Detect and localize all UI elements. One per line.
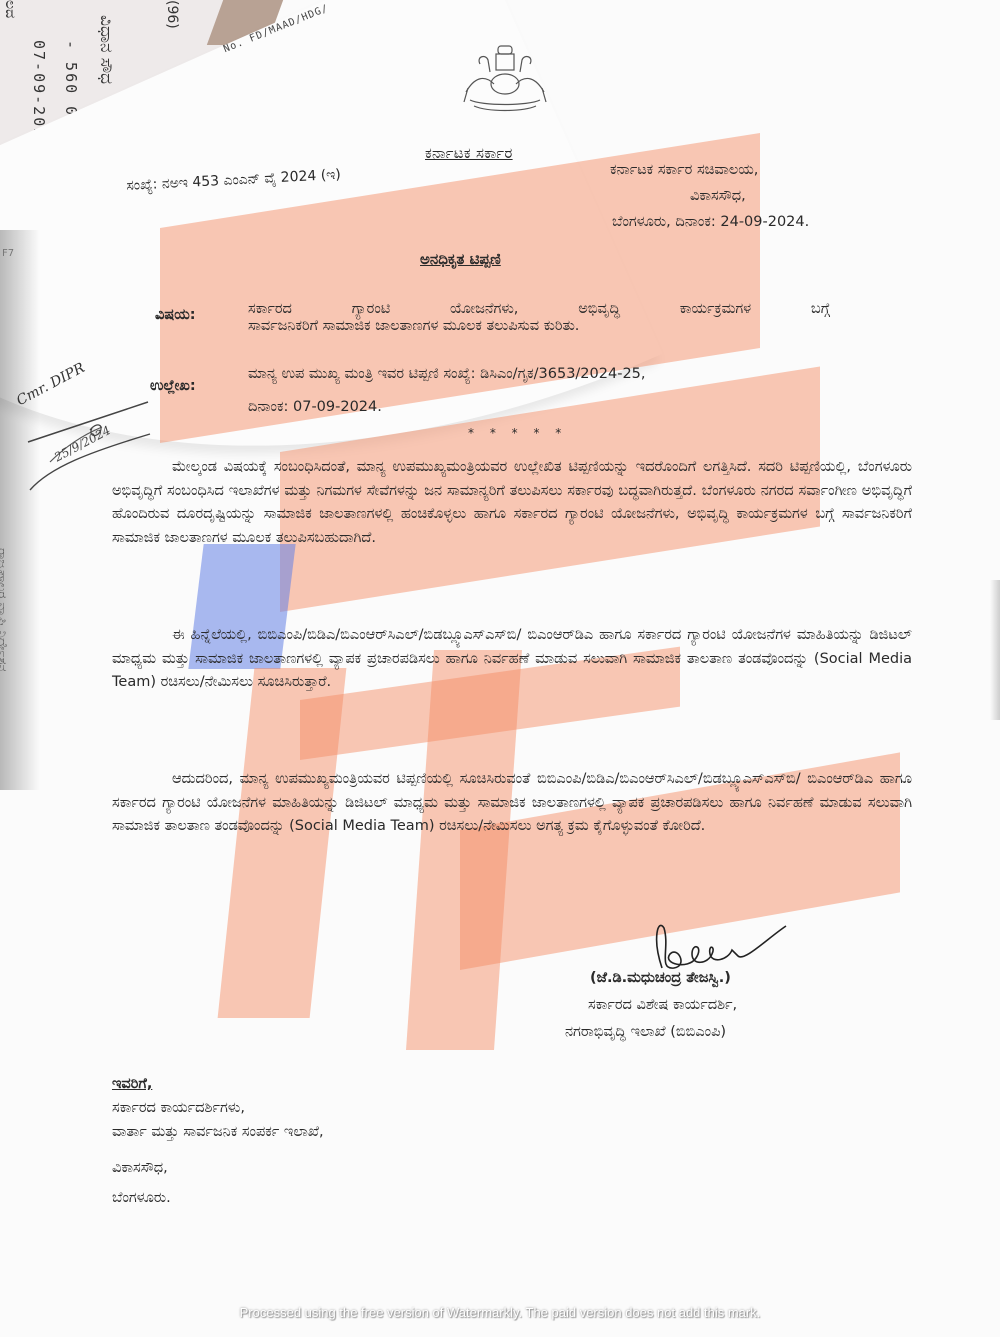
stamp-fragment: (96) [164, 0, 180, 29]
reference-label: ಉಲ್ಲೇಖ: [150, 378, 196, 394]
paragraph-text: ಈ ಹಿನ್ನೆಲೆಯಲ್ಲಿ, ಬಿಬಿಎಂಪಿ/ಬಿಡಿಎ/ಬಿಎಂಆರ್‌… [112, 627, 912, 690]
edge-shadow [990, 580, 1000, 720]
subject-line: ಸಾರ್ವಜನಿಕರಿಗೆ ಸಾಮಾಜಿಕ ಜಾಲತಾಣಗಳ ಮೂಲಕ ತಲುಪ… [248, 318, 579, 334]
signatory-designation: ಸರ್ಕಾರದ ವಿಶೇಷ ಕಾರ್ಯದರ್ಶಿ, [588, 997, 737, 1013]
stamp-place: ವಿಧಾನ ಸೌಧ [96, 15, 116, 84]
inward-stamp: ರಾಜ್ಯಪಾಲರ ವ್ಯಾಪ್ತಿ ನಿರ್ದೇಶನ ದಿನಾಂಕ : ...… [0, 548, 12, 672]
recipient-line: ಬೆಂಗಳೂರು. [112, 1190, 171, 1206]
address-line: ಕರ್ನಾಟಕ ಸರ್ಕಾರ ಸಚಿವಾಲಯ, [610, 162, 758, 178]
subject-line: ಸರ್ಕಾರದ ಗ್ಯಾರಂಟಿ ಯೋಜನೆಗಳು, ಅಭಿವೃದ್ಧಿ ಕಾರ… [248, 301, 830, 317]
separator: * * * * * [468, 426, 567, 440]
edge-shadow [0, 230, 40, 790]
recipient-line: ವಿಕಾಸಸೌಧ, [112, 1160, 168, 1176]
government-title: ಕರ್ನಾಟಕ ಸರ್ಕಾರ [425, 144, 513, 162]
watermark-notice: Processed using the free version of Wate… [0, 1305, 1000, 1320]
inward-stamp-line: ರಾಜ್ಯಪಾಲರ ವ್ಯಾಪ್ತಿ ನಿರ್ದೇಶನ [0, 548, 12, 672]
address-line: ವಿಕಾಸಸೌಧ, [690, 188, 746, 204]
address-date-line: ಬೆಂಗಳೂರು, ದಿನಾಂಕ: 24-09-2024. [612, 214, 809, 230]
stamp-fragment: ಲದ [2, 0, 18, 18]
reference-line: ದಿನಾಂಕ: 07-09-2024. [248, 399, 382, 415]
body-paragraph: ಈ ಹಿನ್ನೆಲೆಯಲ್ಲಿ, ಬಿಬಿಎಂಪಿ/ಬಿಡಿಎ/ಬಿಎಂಆರ್‌… [112, 624, 912, 695]
body-paragraph: ಮೇಲ್ಕಂಡ ವಿಷಯಕ್ಕೆ ಸಂಬಂಧಿಸಿದಂತೆ, ಮಾನ್ಯ ಉಪಮ… [112, 456, 912, 550]
body-paragraph: ಆದುದರಿಂದ, ಮಾನ್ಯ ಉಪಮುಖ್ಯಮಂತ್ರಿಯವರ ಟಿಪ್ಪಣಿ… [112, 768, 912, 839]
document-page: ಲದ 07-09-2024 - 560 001 ವಿಧಾನ ಸೌಧ (96) N… [0, 0, 1000, 1337]
karnataka-emblem-icon [460, 42, 550, 117]
key-label: F7 [2, 248, 14, 259]
subject-label: ವಿಷಯ: [155, 307, 196, 323]
signature [648, 918, 788, 978]
reference-line: ಮಾನ್ಯ ಉಪ ಮುಖ್ಯ ಮಂತ್ರಿ ಇವರ ಟಿಪ್ಪಣಿ ಸಂಖ್ಯೆ… [248, 366, 646, 382]
recipient-heading: ಇವರಿಗೆ, [112, 1076, 152, 1092]
note-title: ಅನಧಿಕೃತ ಟಿಪ್ಪಣಿ [420, 250, 501, 268]
recipient-line: ವಾರ್ತಾ ಮತ್ತು ಸಾರ್ವಜನಿಕ ಸಂಪರ್ಕ ಇಲಾಖೆ, [112, 1124, 324, 1140]
paragraph-text: ಆದುದರಿಂದ, ಮಾನ್ಯ ಉಪಮುಖ್ಯಮಂತ್ರಿಯವರ ಟಿಪ್ಪಣಿ… [112, 771, 912, 834]
recipient-line: ಸರ್ಕಾರದ ಕಾರ್ಯದರ್ಶಿಗಳು, [112, 1100, 245, 1116]
signatory-name: (ಜೆ.ಡಿ.ಮಧುಚಂದ್ರ ತೇಜಸ್ವಿ.) [590, 970, 731, 986]
signatory-department: ನಗರಾಭಿವೃದ್ಧಿ ಇಲಾಖೆ (ಬಿಬಿಎಂಪಿ) [565, 1024, 726, 1040]
paragraph-text: ಮೇಲ್ಕಂಡ ವಿಷಯಕ್ಕೆ ಸಂಬಂಧಿಸಿದಂತೆ, ಮಾನ್ಯ ಉಪಮ… [112, 459, 912, 546]
